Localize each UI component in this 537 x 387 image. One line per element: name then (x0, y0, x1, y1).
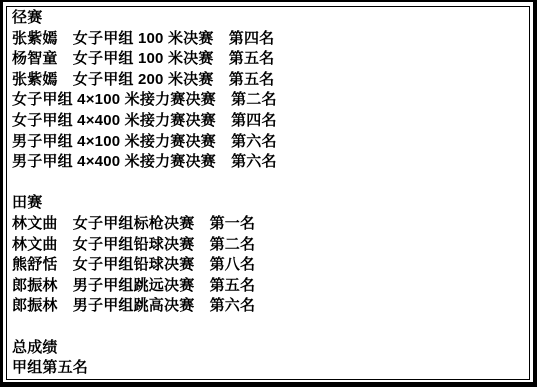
result-line: 张紫嫣 女子甲组 200 米决赛 第五名 (12, 70, 525, 91)
blank-line (12, 317, 525, 338)
result-line: 甲组第五名 (12, 358, 525, 379)
result-line: 郎振林 男子甲组跳高决赛 第六名 (12, 296, 525, 317)
result-line: 杨智童 女子甲组 100 米决赛 第五名 (12, 49, 525, 70)
result-line: 女子甲组 4×400 米接力赛决赛 第四名 (12, 111, 525, 132)
result-line: 女子甲组 4×100 米接力赛决赛 第二名 (12, 90, 525, 111)
section-title-total: 总成绩 (12, 338, 525, 359)
result-line: 林文曲 女子甲组铅球决赛 第二名 (12, 235, 525, 256)
section-title-field: 田赛 (12, 193, 525, 214)
result-line: 熊舒恬 女子甲组铅球决赛 第八名 (12, 255, 525, 276)
result-line: 男子甲组 4×100 米接力赛决赛 第六名 (12, 132, 525, 153)
result-line: 郎振林 男子甲组跳远决赛 第五名 (12, 276, 525, 297)
section-title-track: 径赛 (12, 8, 525, 29)
document-frame: 径赛 张紫嫣 女子甲组 100 米决赛 第四名 杨智童 女子甲组 100 米决赛… (0, 0, 537, 387)
blank-line (12, 173, 525, 194)
result-line: 林文曲 女子甲组标枪决赛 第一名 (12, 214, 525, 235)
result-line: 张紫嫣 女子甲组 100 米决赛 第四名 (12, 29, 525, 50)
result-line: 男子甲组 4×400 米接力赛决赛 第六名 (12, 152, 525, 173)
results-textbox: 径赛 张紫嫣 女子甲组 100 米决赛 第四名 杨智童 女子甲组 100 米决赛… (6, 6, 530, 380)
